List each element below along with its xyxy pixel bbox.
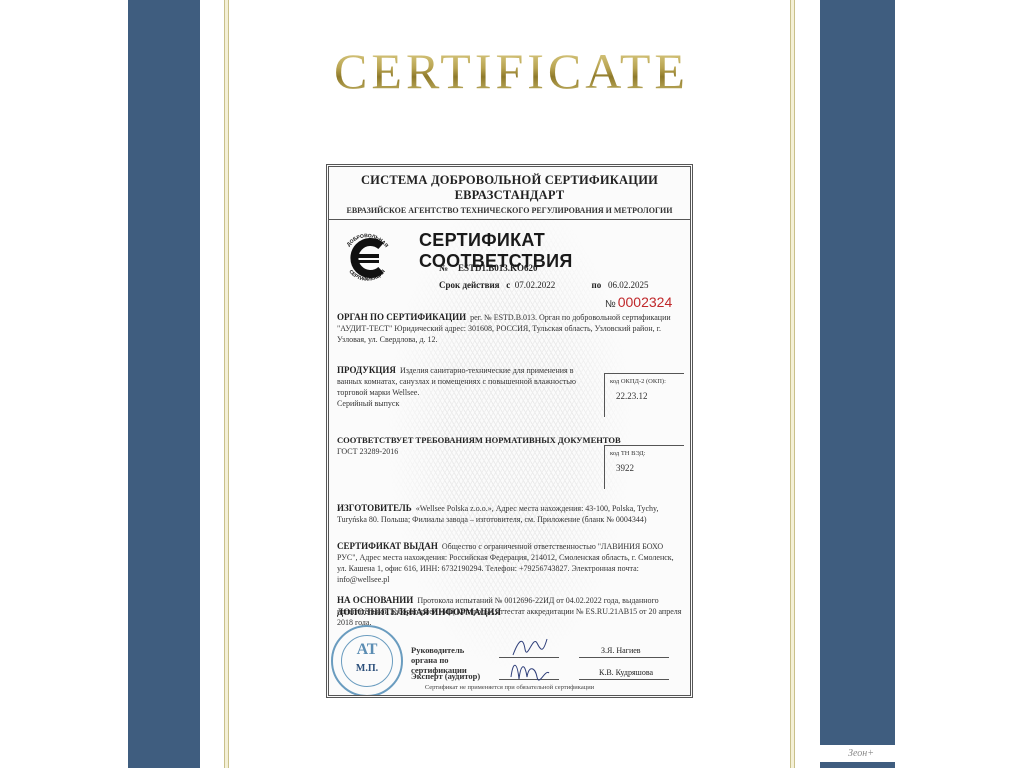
valid-to-date: 06.02.2025	[608, 280, 649, 290]
tnved-code-label: код ТН ВЭД:	[610, 448, 679, 459]
serial-label: №	[605, 299, 616, 310]
certificate-document: СИСТЕМА ДОБРОВОЛЬНОЙ СЕРТИФИКАЦИИ ЕВРАЗС…	[326, 164, 693, 698]
additional-label: ДОПОЛНИТЕЛЬНАЯ ИНФОРМАЦИЯ	[337, 607, 501, 617]
section-manufacturer: ИЗГОТОВИТЕЛЬ«Wellsee Polska z.o.o.», Адр…	[329, 503, 690, 525]
document-header: СИСТЕМА ДОБРОВОЛЬНОЙ СЕРТИФИКАЦИИ ЕВРАЗС…	[329, 167, 690, 220]
validity-row: Срок действия с 07.02.2022 по 06.02.2025	[439, 280, 648, 290]
right-blue-band-bottom	[820, 762, 895, 768]
section-additional: ДОПОЛНИТЕЛЬНАЯ ИНФОРМАЦИЯ	[329, 607, 513, 618]
conformity-label: СООТВЕТСТВУЕТ ТРЕБОВАНИЯМ НОРМАТИВНЫХ ДО…	[337, 435, 621, 445]
okpd-code-box: код ОКПД-2 (ОКП): 22.23.12	[604, 373, 684, 417]
number-label: №	[439, 263, 448, 273]
stamp-mp: М.П.	[333, 663, 401, 674]
name-line-head	[579, 657, 669, 658]
validity-label: Срок действия	[439, 280, 500, 290]
basis-label: НА ОСНОВАНИИ	[337, 595, 413, 605]
product-label: ПРОДУКЦИЯ	[337, 365, 396, 375]
stamp-logo: АТ	[333, 641, 401, 659]
certificate-title: CERTIFICATE	[0, 42, 1023, 100]
certificate-number: ESTD1.B013.KO620	[458, 263, 538, 273]
manufacturer-label: ИЗГОТОВИТЕЛЬ	[337, 503, 412, 513]
to-label: по	[592, 280, 602, 290]
section-cert-body: ОРГАН ПО СЕРТИФИКАЦИИрег. № ESTD.B.013. …	[329, 312, 690, 345]
gold-border-left	[224, 0, 229, 768]
signature-name-head: З.Я. Нагиев	[601, 646, 641, 655]
gold-border-right	[790, 0, 795, 768]
euro-e-logo-icon: ДОБРОВОЛЬНАЯ СЕРТИФИКАЦИЯ	[337, 228, 397, 288]
signature-name-expert: К.В. Кудряшова	[599, 668, 653, 677]
section-product: ПРОДУКЦИЯИзделия санитарно-технические д…	[329, 365, 690, 435]
section-conformity: СООТВЕТСТВУЕТ ТРЕБОВАНИЯМ НОРМАТИВНЫХ ДО…	[329, 435, 690, 495]
footer-note: Сертификат не применяется при обязательн…	[329, 684, 690, 691]
name-line-expert	[579, 679, 669, 680]
right-blue-band	[820, 0, 895, 745]
watermark: Зеон+	[848, 748, 874, 759]
serial-value: 0002324	[618, 294, 673, 310]
okpd-code-label: код ОКПД-2 (ОКП):	[610, 376, 679, 387]
signature-expert-icon	[507, 657, 551, 685]
valid-from-date: 07.02.2022	[515, 280, 556, 290]
okpd-code-value: 22.23.12	[616, 391, 679, 402]
tnved-code-box: код ТН ВЭД: 3922	[604, 445, 684, 489]
section-issued-to: СЕРТИФИКАТ ВЫДАНОбщество с ограниченной …	[329, 541, 690, 585]
left-blue-band	[128, 0, 200, 768]
serial-number: №0002324	[605, 294, 672, 310]
issued-to-label: СЕРТИФИКАТ ВЫДАН	[337, 541, 438, 551]
cert-body-label: ОРГАН ПО СЕРТИФИКАЦИИ	[337, 312, 466, 322]
system-name: СИСТЕМА ДОБРОВОЛЬНОЙ СЕРТИФИКАЦИИ ЕВРАЗС…	[331, 173, 688, 203]
product-extra: Серийный выпуск	[337, 398, 590, 409]
certificate-number-row: №ESTD1.B013.KO620	[439, 263, 548, 273]
signature-role-expert: Эксперт (аудитор)	[411, 671, 480, 681]
agency-name: ЕВРАЗИЙСКОЕ АГЕНТСТВО ТЕХНИЧЕСКОГО РЕГУЛ…	[331, 206, 688, 215]
from-label: с	[506, 280, 510, 290]
certificate-top: ДОБРОВОЛЬНАЯ СЕРТИФИКАЦИЯ СЕРТИФИКАТ СОО…	[329, 220, 690, 300]
tnved-code-value: 3922	[616, 463, 679, 474]
